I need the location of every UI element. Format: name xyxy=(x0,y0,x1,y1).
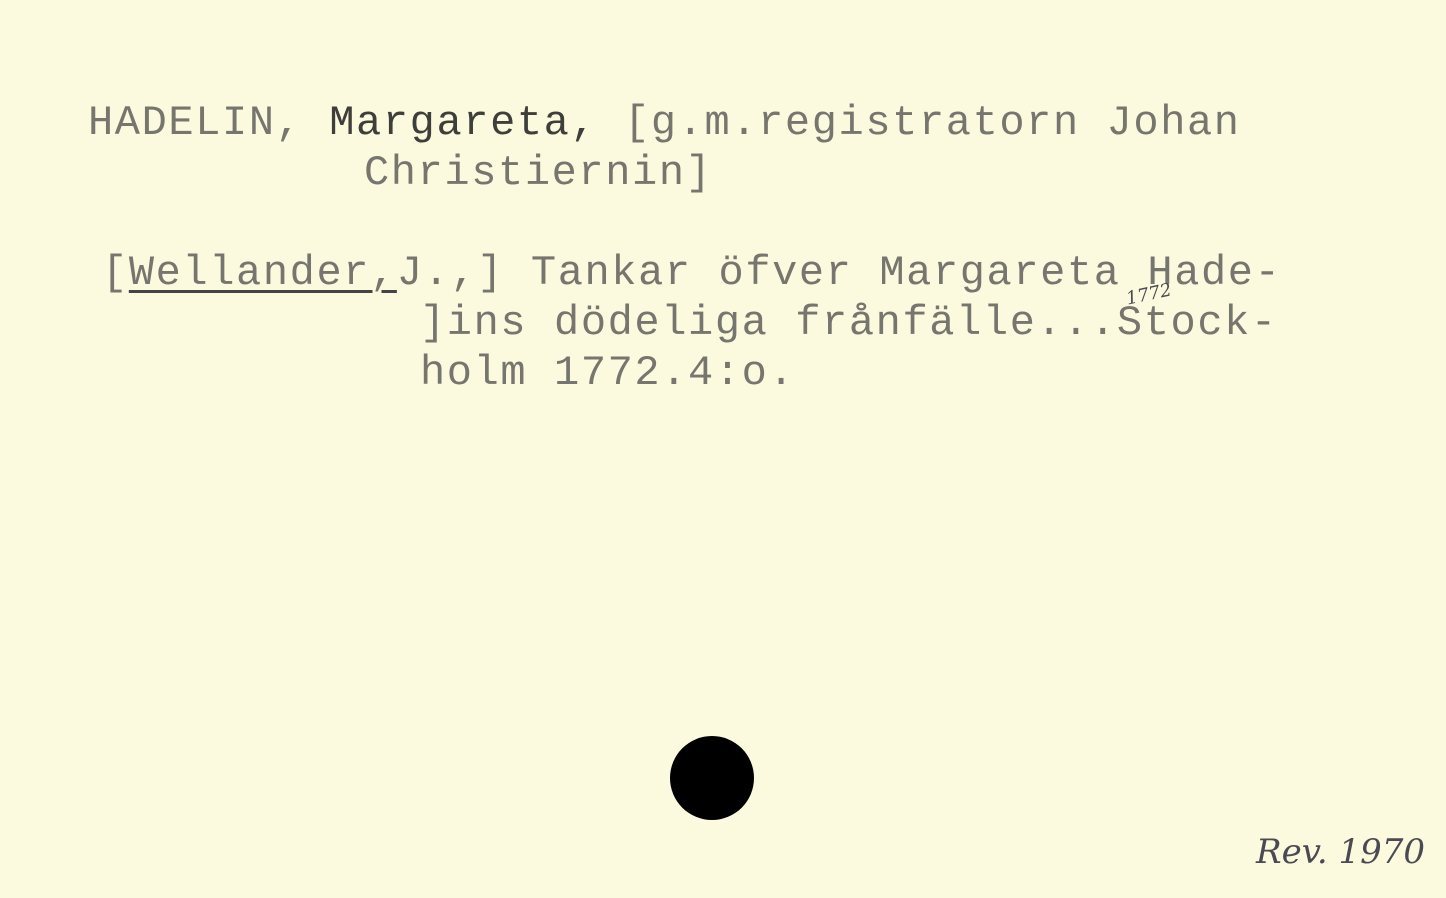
author-bracket: [ xyxy=(102,249,129,297)
entry-line-1: [Wellander,J.,] Tankar öfver Margareta H… xyxy=(102,248,1281,298)
heading-surname: HADELIN, xyxy=(88,99,302,147)
heading-line-1: HADELIN, Margareta, [g.m.registratorn Jo… xyxy=(88,98,1241,148)
heading-line-2: Christiernin] xyxy=(364,148,712,198)
author-name: Wellander, xyxy=(129,249,397,297)
revision-note: Rev. 1970 xyxy=(1256,832,1425,872)
catalog-card: HADELIN, Margareta, [g.m.registratorn Jo… xyxy=(0,0,1446,898)
punch-hole xyxy=(670,736,754,820)
author-initials: J.,] xyxy=(397,249,504,297)
entry-line-3: holm 1772.4:o. xyxy=(420,348,795,398)
heading-given-name: Margareta, xyxy=(329,99,597,147)
entry-line-2: ]ins dödeliga frånfälle...Stock- xyxy=(420,298,1278,348)
heading-note-1: [g.m.registratorn Johan xyxy=(624,99,1241,147)
